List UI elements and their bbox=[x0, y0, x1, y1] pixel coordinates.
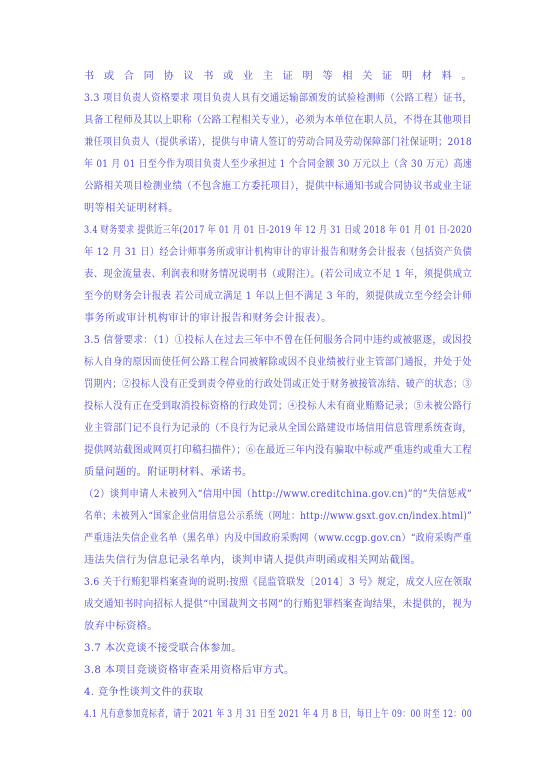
text-line: 公路相关项目检测业绩（不包含施工方委托项目），提供中标通知书或合同协议书或业主证 bbox=[84, 176, 472, 198]
text-line: 表、现金流量表、利润表和财务情况说明书（或附注）。(若公司成立不足 1 年，须提… bbox=[84, 264, 472, 286]
text-line-continuation: 书或合同协议书或业主证明等相关证明材料。 bbox=[84, 66, 472, 88]
document-page: 书或合同协议书或业主证明等相关证明材料。 3.3 项目负责人资格要求 项目负责人… bbox=[0, 0, 554, 783]
text-line: 罚期内；②投标人没有正受到责令停业的行政处罚或正处于财务被接管冻结、破产的状态；… bbox=[84, 374, 472, 396]
section-3-3-heading-line: 3.3 项目负责人资格要求 项目负责人具有交通运输部颁发的试验检测师（公路工程）… bbox=[84, 88, 472, 110]
section-3-4-heading-line: 3.4 财务要求 提供近三年(2017 年 01 月 01 日-2019 年 1… bbox=[84, 220, 472, 242]
text-line: 标人自身的原因而使任何公路工程合同被解除或因不良业绩被行业主管部门通报，并处于处 bbox=[84, 352, 472, 374]
text-line: 违法失信行为信息记录名单内，谈判申请人提供声明函或相关网站截图。 bbox=[84, 550, 472, 572]
text-line: 名单；未被列入“国家企业信用信息公示系统（网址：http://www.gsxt.… bbox=[84, 506, 472, 528]
text-line: 明等相关证明材料。 bbox=[84, 198, 472, 220]
text-line: 年 12 月 31 日）经会计师事务所或审计机构审计的审计报告和财务会计报表（包… bbox=[84, 242, 472, 264]
text-line: 成交通知书时向招标人提供“中国裁判文书网”的行贿犯罪档案查询结果，未提供的，视为 bbox=[84, 594, 472, 616]
text-line: 严重违法失信企业名单（黑名单）内及中国政府采购网（www.ccgp.gov.cn… bbox=[84, 528, 472, 550]
text-line: 提供网站截图或网页打印稿扫描件）；⑥在最近三年内没有骗取中标或严重违约或重大工程 bbox=[84, 440, 472, 462]
text-line: 质量问题的。附证明材料、承诺书。 bbox=[84, 462, 472, 484]
text-line: 放弃中标资格。 bbox=[84, 616, 472, 638]
section-3-5-heading-line: 3.5 信誉要求：（1）①投标人在过去三年中不曾在任何服务合同中违约或被驱逐，或… bbox=[84, 330, 472, 352]
text-line: 至今的财务会计报表 若公司成立满足 1 年以上但不满足 3 年的，须提供成立至今… bbox=[84, 286, 472, 308]
text-line: 事务所或审计机构审计的审计报告和财务会计报表）。 bbox=[84, 308, 472, 330]
section-4-heading: 4. 竞争性谈判文件的获取 bbox=[84, 682, 472, 704]
text-line: 年 01 月 01 日至今作为项目负责人至少承担过 1 个合同金额 30 万元以… bbox=[84, 154, 472, 176]
section-3-5-2-line: （2）谈判申请人未被列入“信用中国（http://www.creditchina… bbox=[84, 484, 472, 506]
text-line: 业主管部门记不良行为记录的（不良行为记录从全国公路建设市场信用信息管理系统查询， bbox=[84, 418, 472, 440]
text-line: 投标人没有正在受到取消投标资格的行政处罚；④投标人未有商业贿赂记录；⑤未被公路行 bbox=[84, 396, 472, 418]
text-line: 兼任项目负责人（提供承诺），提供与申请人签订的劳动合同及劳动保障部门社保证明；2… bbox=[84, 132, 472, 154]
section-3-8-line: 3.8 本项目竞谈资格审查采用资格后审方式。 bbox=[84, 660, 472, 682]
document-body: 书或合同协议书或业主证明等相关证明材料。 3.3 项目负责人资格要求 项目负责人… bbox=[84, 66, 472, 726]
text-line: 具备工程师及其以上职称（公路工程相关专业），必须为本单位在职人员，不得在其他项目 bbox=[84, 110, 472, 132]
section-4-1-line: 4.1 凡有意参加竞标者，请于 2021 年 3 月 31 日至 2021 年 … bbox=[84, 704, 472, 726]
section-3-6-heading-line: 3.6 关于行贿犯罪档案查询的说明:按照《昆监管联发〔2014〕3 号》规定，成… bbox=[84, 572, 472, 594]
section-3-7-line: 3.7 本次竞谈不接受联合体参加。 bbox=[84, 638, 472, 660]
